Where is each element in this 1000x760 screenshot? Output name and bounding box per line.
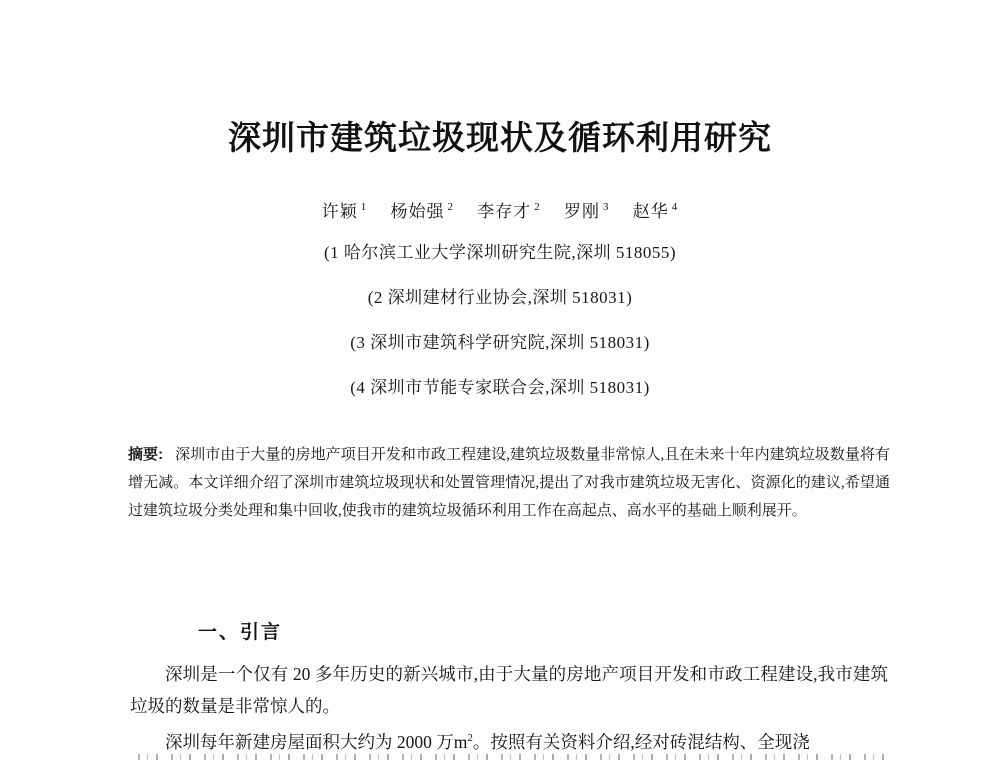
author-superscript: 2 [448, 201, 455, 213]
paragraph-text: 深圳每年新建房屋面积大约为 2000 万m [165, 732, 467, 752]
author: 罗刚3 [564, 202, 610, 221]
affiliation-line: (1 哈尔滨工业大学深圳研究生院,深圳 518055) [0, 243, 1000, 263]
affiliation-line: (4 深圳市节能专家联合会,深圳 518031) [0, 378, 1000, 398]
author-superscript: 3 [603, 201, 610, 213]
author-superscript: 4 [672, 201, 679, 213]
author-superscript: 1 [361, 201, 368, 213]
affiliation-line: (2 深圳建材行业协会,深圳 518031) [0, 288, 1000, 308]
author-line: 许颖1 杨始强2 李存才2 罗刚3 赵华4 [0, 197, 1000, 222]
affiliation-block: (1 哈尔滨工业大学深圳研究生院,深圳 518055) (2 深圳建材行业协会,… [0, 243, 1000, 423]
section-heading-introduction: 一、引言 [198, 617, 282, 644]
affiliation-line: (3 深圳市建筑科学研究院,深圳 518031) [0, 333, 1000, 353]
abstract-block: 摘要:深圳市由于大量的房地产项目开发和市政工程建设,建筑垃圾数量非常惊人,且在未… [128, 441, 890, 525]
abstract-text: 深圳市由于大量的房地产项目开发和市政工程建设,建筑垃圾数量非常惊人,且在未来十年… [128, 447, 890, 519]
abstract-label: 摘要: [128, 446, 163, 463]
author-name: 李存才 [477, 202, 531, 221]
author: 赵华4 [633, 202, 679, 221]
author-name: 赵华 [633, 202, 669, 221]
paper-page: 深圳市建筑垃圾现状及循环利用研究 许颖1 杨始强2 李存才2 罗刚3 赵华4 (… [0, 0, 1000, 760]
abstract-paragraph: 摘要:深圳市由于大量的房地产项目开发和市政工程建设,建筑垃圾数量非常惊人,且在未… [128, 441, 890, 525]
paragraph: 深圳每年新建房屋面积大约为 2000 万m2。按照有关资料介绍,经对砖混结构、全… [130, 722, 888, 758]
clipped-text-line [132, 754, 890, 760]
paragraph: 深圳是一个仅有 20 多年历史的新兴城市,由于大量的房地产项目开发和市政工程建设… [130, 658, 888, 722]
author-superscript: 2 [534, 201, 541, 213]
author: 李存才2 [477, 202, 541, 221]
paper-title: 深圳市建筑垃圾现状及循环利用研究 [0, 112, 1000, 159]
author: 杨始强2 [391, 202, 455, 221]
body-text: 深圳是一个仅有 20 多年历史的新兴城市,由于大量的房地产项目开发和市政工程建设… [130, 658, 888, 758]
paragraph-text: 。按照有关资料介绍,经对砖混结构、全现浇 [473, 732, 810, 752]
author: 许颖1 [322, 202, 368, 221]
author-name: 许颖 [322, 202, 358, 221]
author-name: 罗刚 [564, 202, 600, 221]
author-name: 杨始强 [391, 202, 445, 221]
